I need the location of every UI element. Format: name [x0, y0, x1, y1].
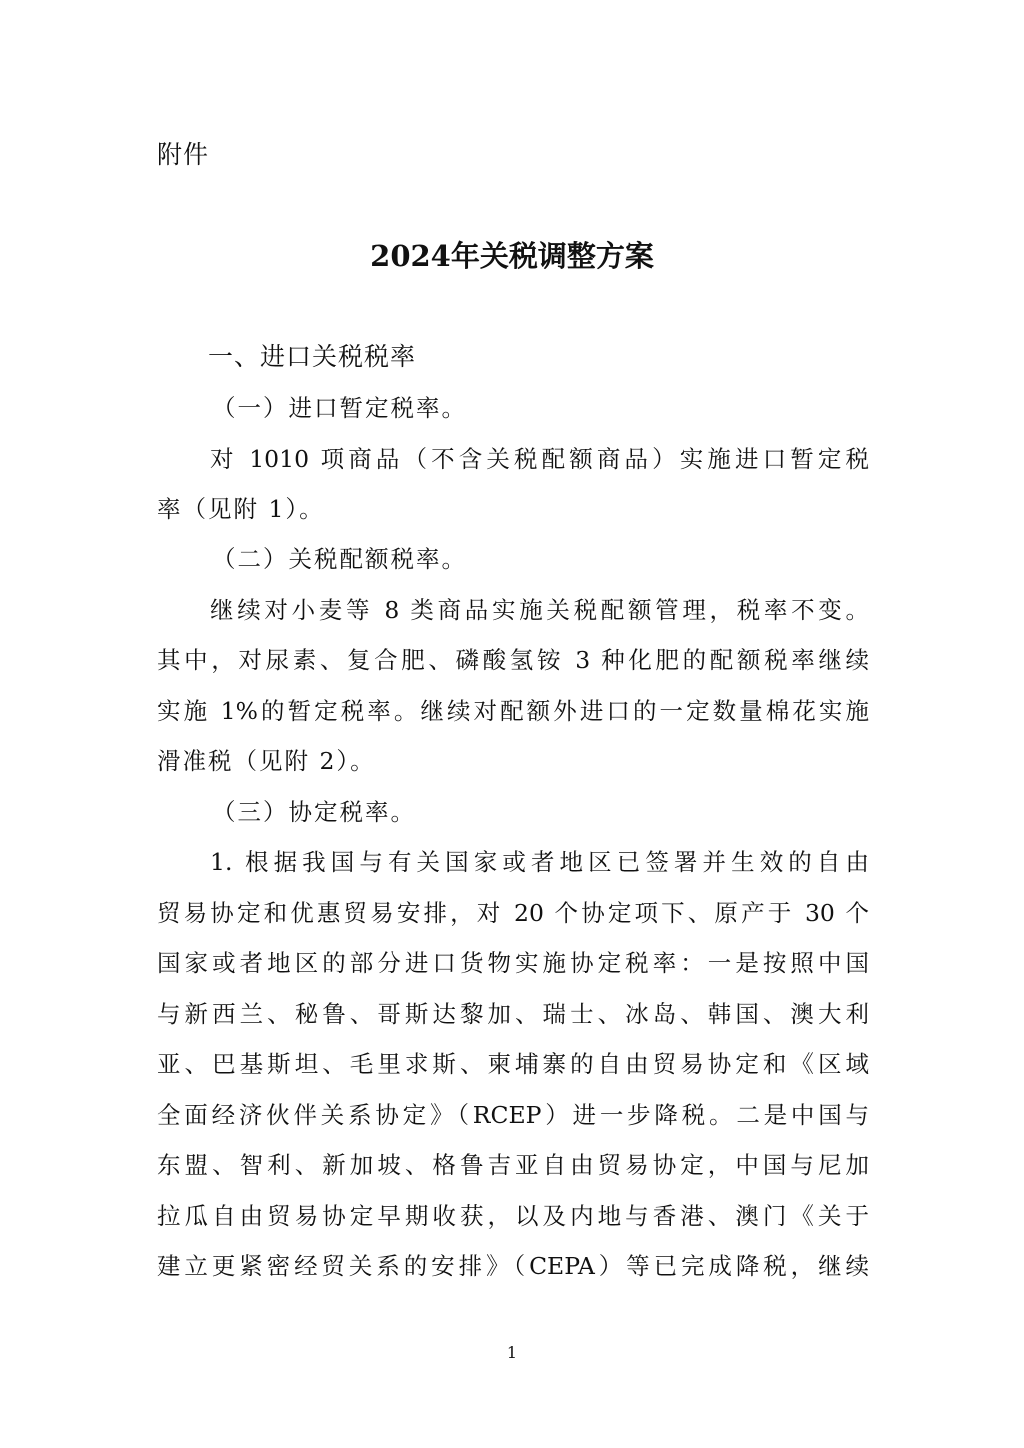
paragraph-line: 对 1010 项商品（不含关税配额商品）实施进口暂定税	[210, 442, 869, 476]
paragraph-line: 继续对小麦等 8 类商品实施关税配额管理，税率不变。	[210, 593, 869, 627]
attachment-label: 附件	[157, 138, 209, 172]
paragraph-line: 其中，对尿素、复合肥、磷酸氢铵 3 种化肥的配额税率继续	[157, 643, 869, 677]
paragraph-line: 国家或者地区的部分进口货物实施协定税率：一是按照中国	[157, 946, 869, 980]
paragraph-line: 建立更紧密经贸关系的安排》（CEPA）等已完成降税，继续	[157, 1249, 869, 1283]
paragraph-line: 贸易协定和优惠贸易安排，对 20 个协定项下、原产于 30 个	[157, 896, 869, 930]
document-title: 2024年关税调整方案	[0, 237, 1024, 275]
subsection-heading-provisional-rate: （一）进口暂定税率。	[212, 391, 467, 425]
paragraph-line: 滑准税（见附 2）。	[157, 744, 376, 778]
paragraph-line: 实施 1%的暂定税率。继续对配额外进口的一定数量棉花实施	[157, 694, 869, 728]
paragraph-line: 率（见附 1）。	[157, 492, 325, 526]
document-page: 附件 2024年关税调整方案 一、进口关税税率 （一）进口暂定税率。 对 101…	[0, 0, 1024, 1448]
page-number: 1	[0, 1342, 1024, 1364]
section-heading-import-tariff: 一、进口关税税率	[208, 340, 416, 374]
paragraph-line: 拉瓜自由贸易协定早期收获，以及内地与香港、澳门《关于	[157, 1199, 869, 1233]
paragraph-line: 1. 根据我国与有关国家或者地区已签署并生效的自由	[210, 845, 869, 879]
paragraph-line: 与新西兰、秘鲁、哥斯达黎加、瑞士、冰岛、韩国、澳大利	[157, 997, 869, 1031]
subsection-heading-quota-rate: （二）关税配额税率。	[212, 542, 467, 576]
paragraph-line: 全面经济伙伴关系协定》（RCEP）进一步降税。二是中国与	[157, 1098, 869, 1132]
paragraph-line: 东盟、智利、新加坡、格鲁吉亚自由贸易协定，中国与尼加	[157, 1148, 869, 1182]
paragraph-line: 亚、巴基斯坦、毛里求斯、柬埔寨的自由贸易协定和《区域	[157, 1047, 869, 1081]
subsection-heading-agreement-rate: （三）协定税率。	[212, 795, 416, 829]
